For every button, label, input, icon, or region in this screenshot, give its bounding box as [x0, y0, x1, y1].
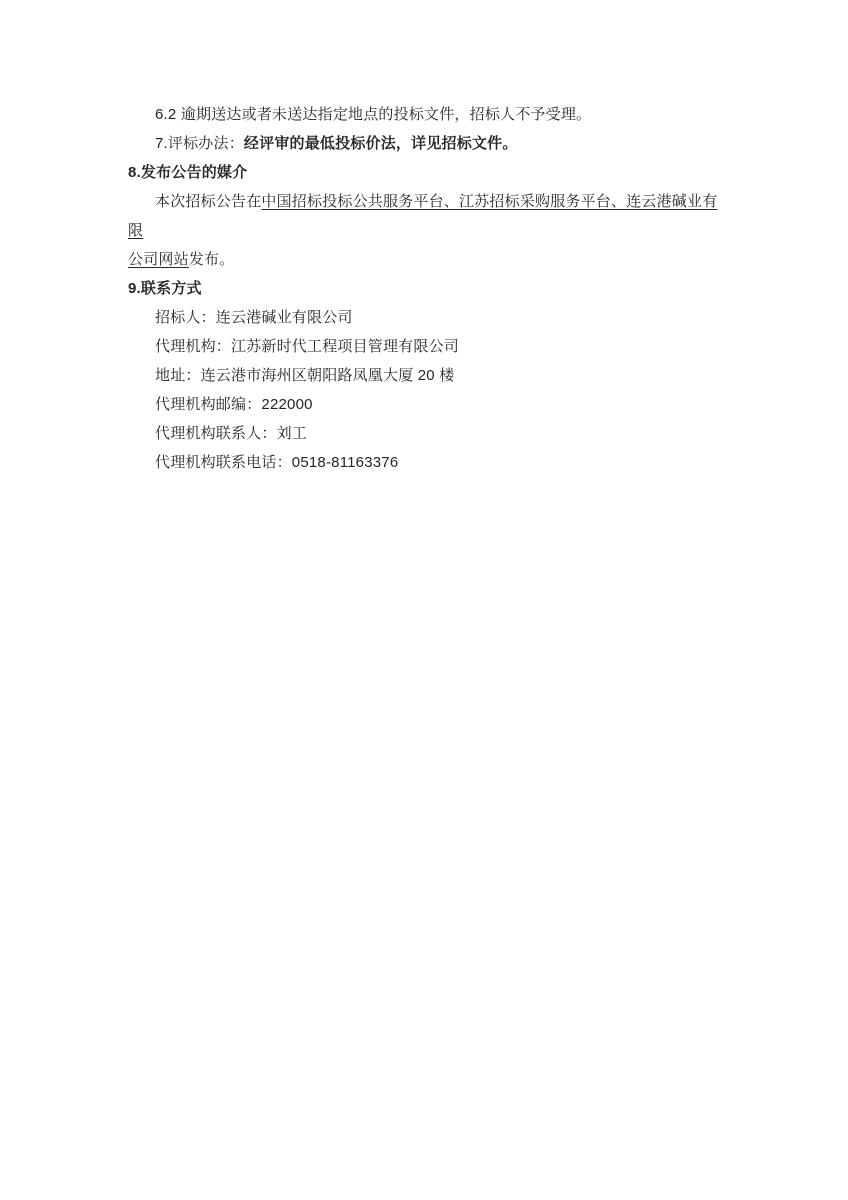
contact-line-agency: 代理机构：江苏新时代工程项目管理有限公司	[128, 332, 728, 361]
document-body: 6.2 逾期送达或者未送达指定地点的投标文件，招标人不予受理。 7.评标办法：经…	[128, 100, 728, 477]
contact-line-tenderer: 招标人：连云港碱业有限公司	[128, 303, 728, 332]
section-8-heading: 8.发布公告的媒介	[128, 158, 728, 187]
contact-line-postcode: 代理机构邮编：222000	[128, 390, 728, 419]
clause-6-2: 6.2 逾期送达或者未送达指定地点的投标文件，招标人不予受理。	[128, 100, 728, 129]
contact-line-contact-person: 代理机构联系人：刘工	[128, 419, 728, 448]
clause-7-label: 7.评标办法：	[155, 135, 244, 152]
publish-media-suffix: 发布。	[189, 251, 235, 268]
publish-media-paragraph: 本次招标公告在中国招标投标公共服务平台、江苏招标采购服务平台、连云港碱业有限公司…	[128, 187, 728, 274]
clause-7-evaluation-method: 经评审的最低投标价法，详见招标文件。	[244, 135, 518, 152]
clause-7: 7.评标办法：经评审的最低投标价法，详见招标文件。	[128, 129, 728, 158]
section-9-heading: 9.联系方式	[128, 274, 728, 303]
document-page: 6.2 逾期送达或者未送达指定地点的投标文件，招标人不予受理。 7.评标办法：经…	[0, 0, 848, 1200]
publish-platforms-underlined-line2: 公司网站	[128, 251, 189, 268]
contact-line-address: 地址：连云港市海州区朝阳路凤凰大厦 20 楼	[128, 361, 728, 390]
contact-line-phone: 代理机构联系电话：0518-81163376	[128, 448, 728, 477]
publish-media-prefix: 本次招标公告在	[155, 193, 261, 210]
